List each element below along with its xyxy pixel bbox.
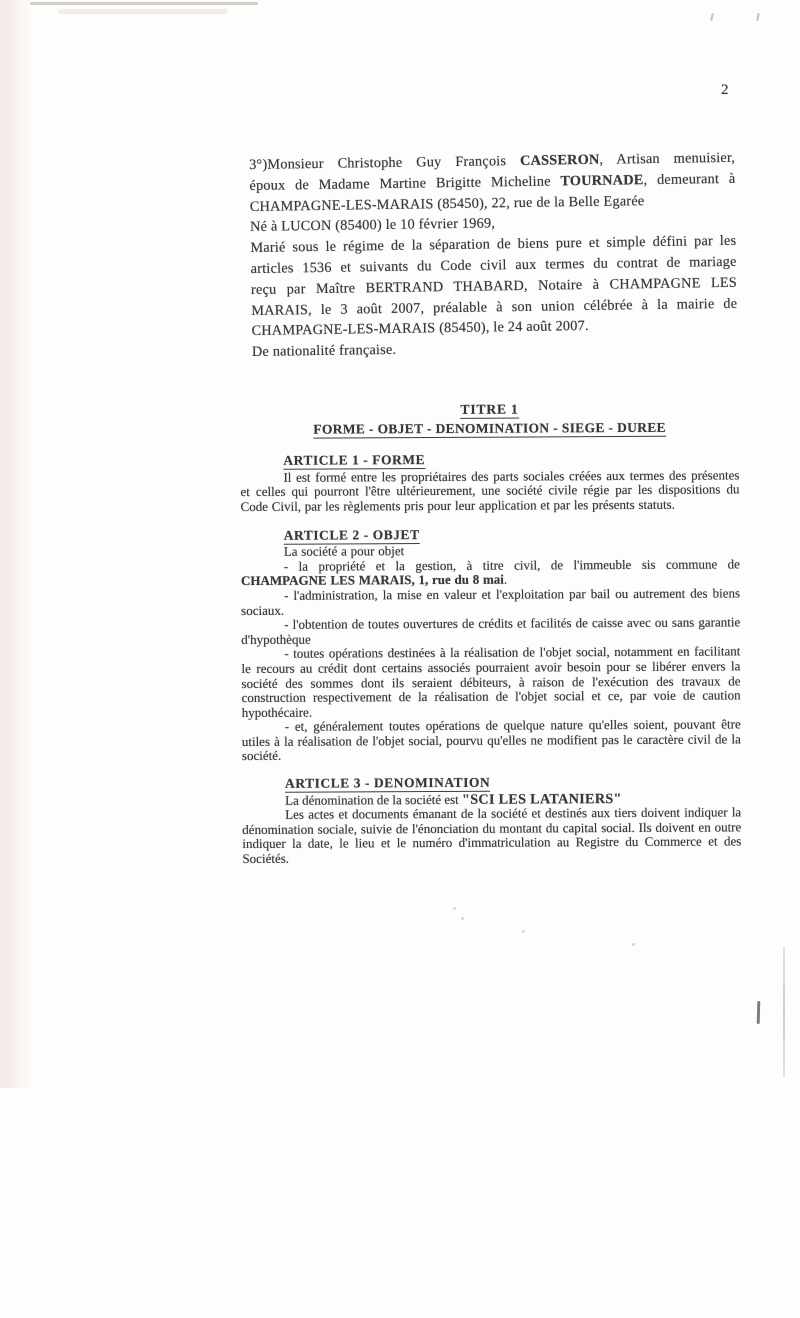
article-2-heading-text: ARTICLE 2 - OBJET — [284, 527, 420, 545]
text-segment: - la propriété et la gestion, à titre ci… — [284, 556, 740, 573]
text-segment: , Artisan menuisier, — [599, 150, 735, 168]
bold-text-segment: TOURNADE — [560, 172, 643, 189]
article-3-paragraph: Les actes et documents émanant de la soc… — [242, 806, 741, 867]
scan-dust-speck — [632, 943, 635, 946]
text-segment: De nationalité française. — [252, 342, 397, 360]
text-segment: CHAMPAGNE-LES-MARAIS (85450), le 24 août… — [251, 318, 588, 339]
text-segment: La dénomination de la société est — [285, 791, 462, 807]
scanned-document-page: 2 3°)Monsieur Christophe Guy François CA… — [0, 0, 800, 1318]
text-segment: Né à LUCON (85400) le 10 février 1969, — [250, 216, 495, 236]
article-1-heading-text: ARTICLE 1 - FORME — [283, 452, 425, 470]
document-body: TITRE 1 FORME - OBJET - DENOMINATION - S… — [240, 391, 741, 866]
scan-dust-speck — [461, 917, 464, 920]
scan-speck-mark — [756, 13, 760, 21]
titre-block: TITRE 1 FORME - OBJET - DENOMINATION - S… — [240, 401, 739, 437]
scan-right-edge-line — [783, 946, 785, 1078]
scan-top-edge-smudge — [30, 2, 258, 5]
page-number: 2 — [721, 82, 729, 99]
article-3-heading: ARTICLE 3 - DENOMINATION — [285, 774, 741, 791]
scan-top-edge-smudge-faint — [58, 9, 228, 14]
scan-dust-speck — [522, 930, 525, 933]
article-3-heading-text: ARTICLE 3 - DENOMINATION — [285, 775, 490, 793]
titre-subheading: FORME - OBJET - DENOMINATION - SIEGE - D… — [240, 420, 739, 437]
scan-speck-mark — [710, 13, 714, 21]
titre-heading-text: TITRE 1 — [460, 402, 518, 419]
text-segment: CHAMPAGNE-LES-MARAIS (85450), 22, rue de… — [250, 193, 645, 215]
article-2-item-operations: - toutes opérations destinées à la réali… — [241, 645, 740, 721]
text-segment: . — [504, 572, 507, 587]
text-segment: La société a pour objet — [284, 543, 404, 559]
text-segment: - et, généralement toutes opérations de … — [242, 717, 741, 764]
article-1-heading: ARTICLE 1 - FORME — [283, 452, 739, 469]
text-segment: - l'administration, la mise en valeur et… — [241, 585, 740, 617]
text-segment: époux de Madame Martine Brigitte Micheli… — [249, 173, 560, 194]
scan-vertical-scratch — [757, 1001, 761, 1024]
titre-heading: TITRE 1 — [240, 401, 739, 418]
article-1-paragraph: Il est formé entre les propriétaires des… — [240, 468, 739, 514]
scan-left-margin-strip-fade — [22, 0, 34, 1088]
bold-text-segment: CASSERON — [520, 152, 600, 169]
text-segment: , demeurant à — [643, 171, 735, 188]
intro-party-paragraph: 3°)Monsieur Christophe Guy François CASS… — [249, 148, 738, 363]
scan-left-margin-strip — [0, 0, 22, 1088]
article-2-item-property: - la propriété et la gestion, à titre ci… — [241, 557, 740, 589]
text-segment: - l'obtention de toutes ouvertures de cr… — [241, 615, 740, 647]
article-2-item-general: - et, généralement toutes opérations de … — [242, 718, 741, 764]
article-2-item-credits: - l'obtention de toutes ouvertures de cr… — [241, 616, 740, 648]
text-segment: 3°)Monsieur Christophe Guy François — [249, 153, 520, 173]
article-2-item-administration: - l'administration, la mise en valeur et… — [241, 586, 740, 618]
titre-subheading-text: FORME - OBJET - DENOMINATION - SIEGE - D… — [313, 419, 666, 438]
scan-dust-speck — [453, 907, 456, 910]
article-2-heading: ARTICLE 2 - OBJET — [284, 526, 740, 543]
text-segment: - toutes opérations destinées à la réali… — [241, 644, 740, 720]
